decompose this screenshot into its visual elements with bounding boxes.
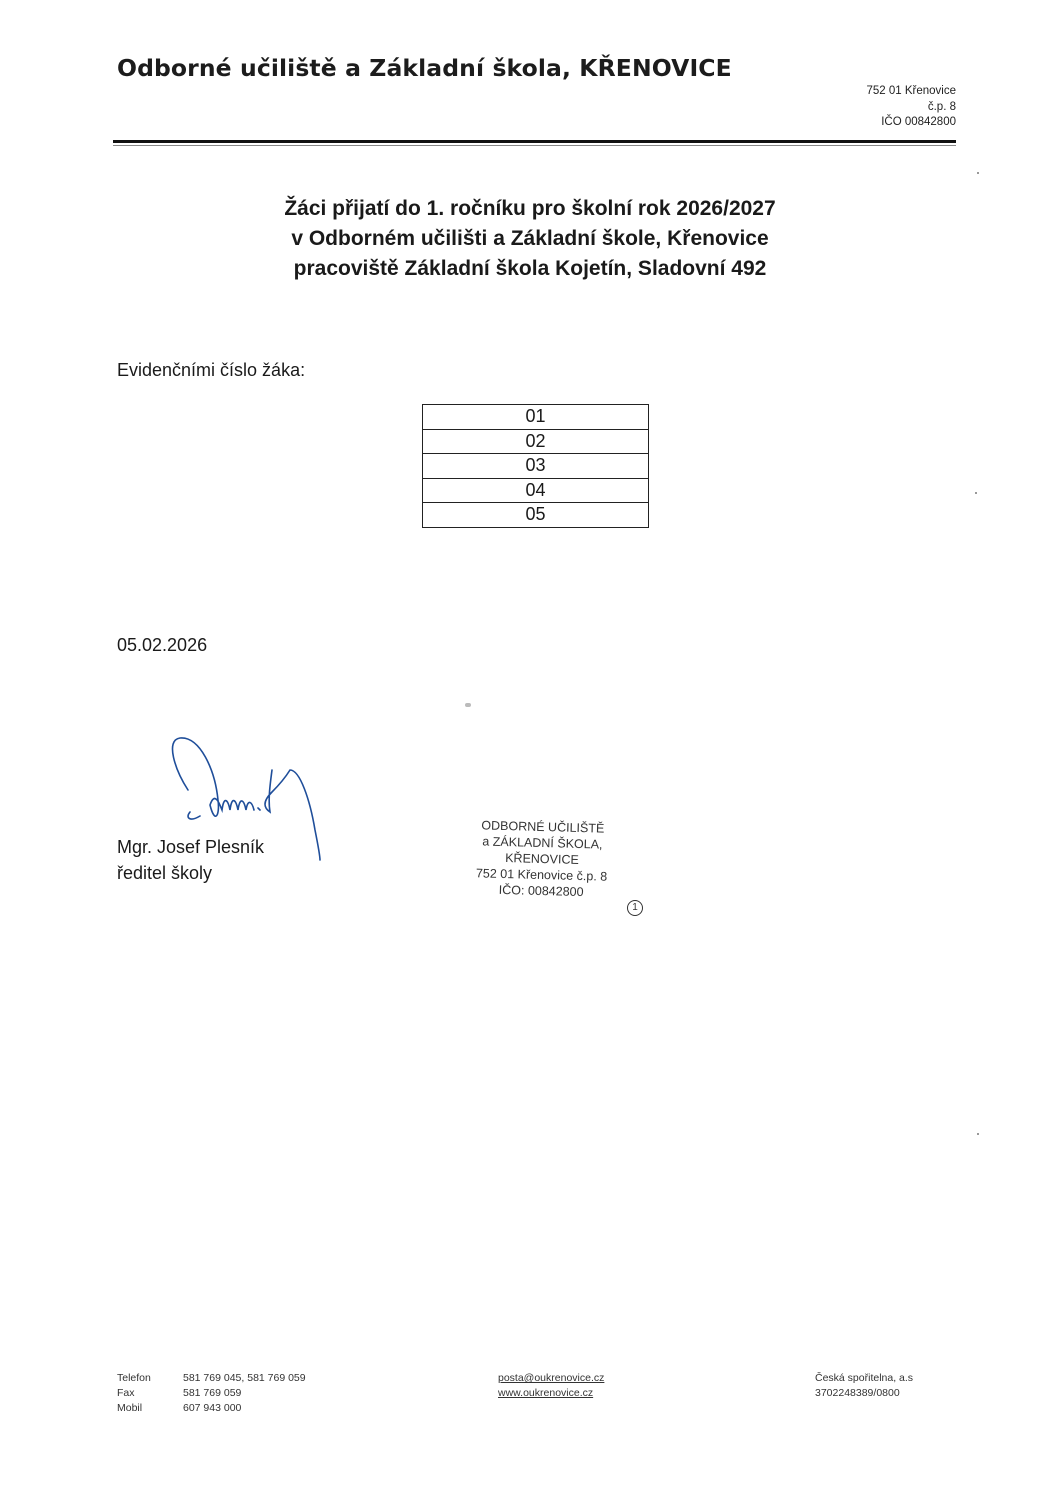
header-divider-thin bbox=[113, 145, 956, 146]
registration-label: Evidenčními číslo žáka: bbox=[117, 360, 305, 381]
table-row: 04 bbox=[423, 478, 649, 503]
footer-contact-values: 581 769 045, 581 769 059 581 769 059 607… bbox=[183, 1371, 306, 1416]
footer-contact-labels: Telefon Fax Mobil bbox=[117, 1371, 151, 1416]
scan-mark bbox=[975, 492, 977, 494]
registration-numbers-table: 01 02 03 04 05 bbox=[422, 404, 649, 528]
contact-label: Telefon bbox=[117, 1371, 151, 1386]
table-row: 01 bbox=[423, 405, 649, 430]
school-name-heading: Odborné učiliště a Základní škola, KŘENO… bbox=[117, 54, 732, 82]
website-link[interactable]: www.oukrenovice.cz bbox=[498, 1386, 604, 1401]
scan-mark bbox=[977, 1133, 979, 1135]
stamp-number-icon: 1 bbox=[627, 900, 643, 916]
contact-label: Mobil bbox=[117, 1401, 151, 1416]
registration-number: 01 bbox=[423, 405, 649, 430]
address-line: č.p. 8 bbox=[866, 100, 956, 116]
bank-name: Česká spořitelna, a.s bbox=[815, 1371, 913, 1386]
signer-role: ředitel školy bbox=[117, 860, 264, 886]
scan-speck bbox=[465, 703, 471, 707]
school-address: 752 01 Křenovice č.p. 8 IČO 00842800 bbox=[866, 84, 956, 131]
address-line: 752 01 Křenovice bbox=[866, 84, 956, 100]
registration-number: 03 bbox=[423, 454, 649, 479]
table-row: 03 bbox=[423, 454, 649, 479]
document-title: Žáci přijatí do 1. ročníku pro školní ro… bbox=[180, 194, 880, 284]
title-line: v Odborném učilišti a Základní škole, Kř… bbox=[180, 224, 880, 254]
table-row: 02 bbox=[423, 429, 649, 454]
registration-number: 04 bbox=[423, 478, 649, 503]
title-line: Žáci přijatí do 1. ročníku pro školní ro… bbox=[180, 194, 880, 224]
email-link[interactable]: posta@oukrenovice.cz bbox=[498, 1371, 604, 1386]
signer-name: Mgr. Josef Plesník bbox=[117, 834, 264, 860]
school-stamp: ODBORNÉ UČILIŠTĚ a ZÁKLADNÍ ŠKOLA, KŘENO… bbox=[451, 817, 633, 902]
header-divider bbox=[113, 140, 956, 143]
contact-value: 581 769 059 bbox=[183, 1386, 306, 1401]
registration-number: 02 bbox=[423, 429, 649, 454]
document-date: 05.02.2026 bbox=[117, 635, 207, 656]
contact-value: 581 769 045, 581 769 059 bbox=[183, 1371, 306, 1386]
footer-bank: Česká spořitelna, a.s 3702248389/0800 bbox=[815, 1371, 913, 1401]
title-line: pracoviště Základní škola Kojetín, Slado… bbox=[180, 254, 880, 284]
registration-number: 05 bbox=[423, 503, 649, 528]
table-row: 05 bbox=[423, 503, 649, 528]
footer-links: posta@oukrenovice.cz www.oukrenovice.cz bbox=[498, 1371, 604, 1401]
scan-mark bbox=[977, 172, 979, 174]
address-line: IČO 00842800 bbox=[866, 115, 956, 131]
bank-account: 3702248389/0800 bbox=[815, 1386, 913, 1401]
contact-value: 607 943 000 bbox=[183, 1401, 306, 1416]
signer-block: Mgr. Josef Plesník ředitel školy bbox=[117, 834, 264, 886]
contact-label: Fax bbox=[117, 1386, 151, 1401]
